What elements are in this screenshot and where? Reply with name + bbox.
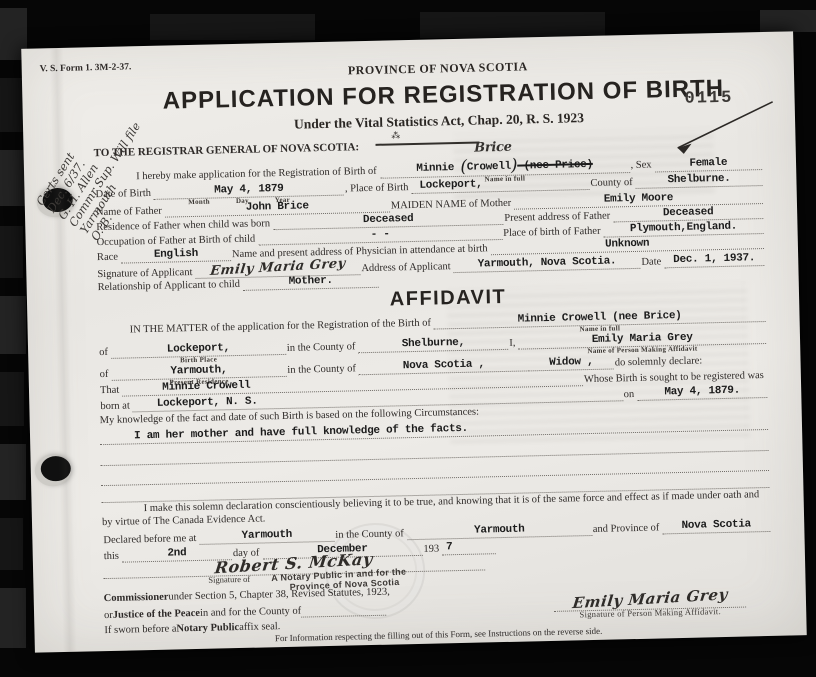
form-page: V. S. Form 1. 3M-2-37. Certs sent Dec. 6…	[21, 31, 807, 652]
hand-paren-open: (	[460, 157, 467, 177]
county-field: Shelburne.	[636, 172, 763, 189]
sex-label: , Sex	[630, 160, 655, 173]
marital-status-field: Widow ,	[529, 355, 614, 371]
notary-note-rest: affix seal.	[239, 621, 280, 634]
declarant-field: Emily Maria Grey Name of Person Making A…	[518, 330, 766, 349]
on-label: on	[623, 389, 638, 401]
father-addr-label: Present address of Father	[503, 210, 613, 225]
i-label: I,	[508, 337, 518, 349]
declared-place-field: Yarmouth	[199, 528, 334, 545]
signature-of-label: Signature of	[208, 575, 250, 586]
declared-county-field: Yarmouth	[407, 522, 592, 540]
commissioner-bold: Commissioner	[104, 592, 169, 606]
form-number: V. S. Form 1. 3M-2-37.	[40, 62, 132, 75]
of2-label: of	[99, 368, 112, 380]
county2-field: Nova Scotia ,	[359, 357, 529, 374]
jp-rest: in and for the County of	[200, 606, 301, 620]
birthplace-field: Lockeport, Birth Place	[111, 341, 286, 359]
matter-name-sublabel: Name in full	[580, 324, 621, 333]
affiant-signature-caption: Signature of Person Making Affidavit.	[579, 607, 721, 620]
born-date-field: May 4, 1879.	[637, 384, 767, 401]
county2-label: in the County of	[286, 363, 359, 377]
matter-label: IN THE MATTER of the application for the…	[98, 317, 435, 337]
declared-prov-field: Nova Scotia	[662, 518, 770, 534]
county1-field: Shelburne,	[358, 336, 508, 353]
matter-name-field: Minnie Crowell (nee Brice) Name in full	[434, 308, 766, 329]
present-residence-field: Yarmouth, Present Residence	[111, 363, 286, 381]
struck-nee-price: (nee Price)	[517, 159, 593, 173]
pob-field: Lockeport,	[411, 176, 589, 194]
declare-label: do solemnly declare:	[614, 355, 706, 369]
father-birthplace-label: Place of birth of Father	[502, 225, 604, 239]
hand-paren-close: )	[511, 156, 518, 176]
punch-hole-bottom	[41, 456, 72, 482]
declared-county-label: in the County of	[334, 528, 407, 542]
jp-county-field	[301, 603, 386, 618]
handwritten-brice-correction: Brice	[474, 141, 512, 157]
affiant-signature-field: Emily Maria Grey Signature of Person Mak…	[554, 589, 746, 612]
affiant-signature-block: Emily Maria Grey Signature of Person Mak…	[554, 589, 746, 612]
jp-pre: or	[104, 610, 113, 622]
relationship-field: Mother.	[243, 274, 379, 291]
date-label: Date	[640, 256, 664, 269]
of-label: of	[98, 346, 111, 358]
county-label: County of	[589, 177, 636, 190]
race-field: English	[121, 247, 231, 263]
declared-prov-label: and Province of	[592, 522, 663, 536]
applicant-addr-field: Yarmouth, Nova Scotia.	[453, 255, 640, 273]
dob-field: May 4, 1879 Month Day Year	[154, 182, 344, 200]
notary-sig-caption: Signature of	[208, 575, 250, 586]
mother-label: MAIDEN NAME of Mother	[390, 197, 515, 212]
whose-label: Whose Birth is sought to be registered w…	[583, 370, 767, 386]
father-label: Name of Father	[95, 205, 165, 219]
date-field: Dec. 1, 1937.	[664, 252, 764, 268]
born-label: born at	[99, 400, 133, 413]
justice-line: or Justice of the Peace in and for the C…	[104, 603, 386, 622]
that-label: That	[99, 384, 123, 397]
birthplace-sublabel: Birth Place	[180, 355, 217, 364]
county1-label: in the County of	[286, 341, 359, 355]
dob-label: Date of Birth	[94, 187, 154, 200]
sex-field: Female	[654, 156, 762, 172]
declared-label: Declared before me at	[102, 532, 199, 546]
father-addr-field: Deceased	[613, 205, 763, 222]
race-label: Race	[96, 251, 121, 264]
jp-bold: Justice of the Peace	[113, 608, 200, 622]
child-name-field: Brice Minnie (Crowell) (nee Price) Name …	[379, 152, 629, 178]
